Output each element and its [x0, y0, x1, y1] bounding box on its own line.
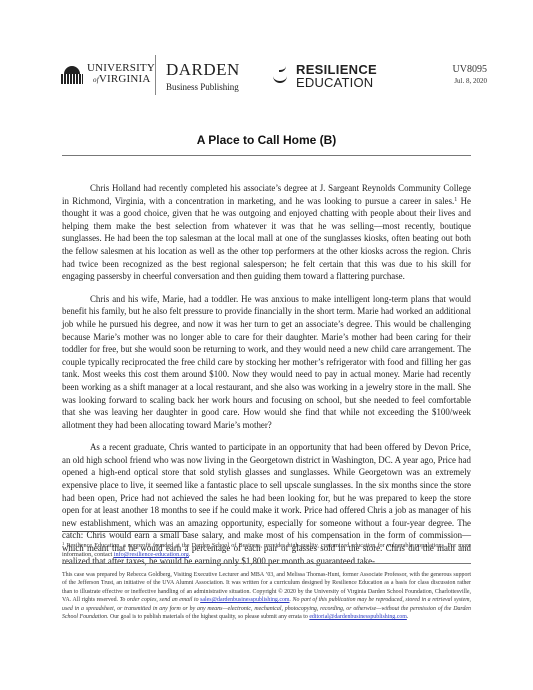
uva-logo-line2: VIRGINIA — [99, 73, 151, 85]
paragraph-1: Chris Holland had recently completed his… — [62, 182, 471, 283]
document-body: Chris Holland had recently completed his… — [62, 182, 471, 577]
footnote-email-link[interactable]: info@resilience-education.org — [114, 551, 189, 558]
birds-icon — [273, 65, 293, 87]
paragraph-2: Chris and his wife, Marie, had a toddler… — [62, 293, 471, 432]
logo-divider — [155, 55, 156, 95]
page-header: UNIVERSITY ofVIRGINIA DARDEN Business Pu… — [0, 0, 533, 110]
resilience-logo-line2: EDUCATION — [296, 76, 377, 89]
darden-logo-subtitle: Business Publishing — [166, 81, 240, 93]
resilience-education-logo: RESILIENCE EDUCATION — [273, 63, 377, 89]
case-number: UV8095 — [453, 64, 487, 76]
footnote: 1 Resilience Education, a nonprofit foun… — [62, 539, 471, 559]
document-title: A Place to Call Home (B) — [0, 133, 533, 147]
darden-logo: DARDEN Business Publishing — [166, 61, 240, 93]
copyright-disclaimer: This case was prepared by Rebecca Goldbe… — [62, 571, 471, 621]
title-divider — [62, 155, 471, 156]
case-date: Jul. 8, 2020 — [453, 76, 487, 86]
disclaimer-divider — [62, 563, 471, 564]
darden-logo-name: DARDEN — [166, 61, 240, 79]
uva-logo: UNIVERSITY ofVIRGINIA — [61, 63, 155, 86]
sales-email-link[interactable]: sales@dardenbusinesspublishing.com — [200, 597, 289, 603]
case-identifier: UV8095 Jul. 8, 2020 — [453, 64, 487, 86]
document-page: UNIVERSITY ofVIRGINIA DARDEN Business Pu… — [0, 0, 533, 690]
editorial-email-link[interactable]: editorial@dardenbusinesspublishing.com — [309, 614, 407, 620]
footnote-divider — [62, 531, 188, 532]
rotunda-icon — [61, 66, 83, 84]
